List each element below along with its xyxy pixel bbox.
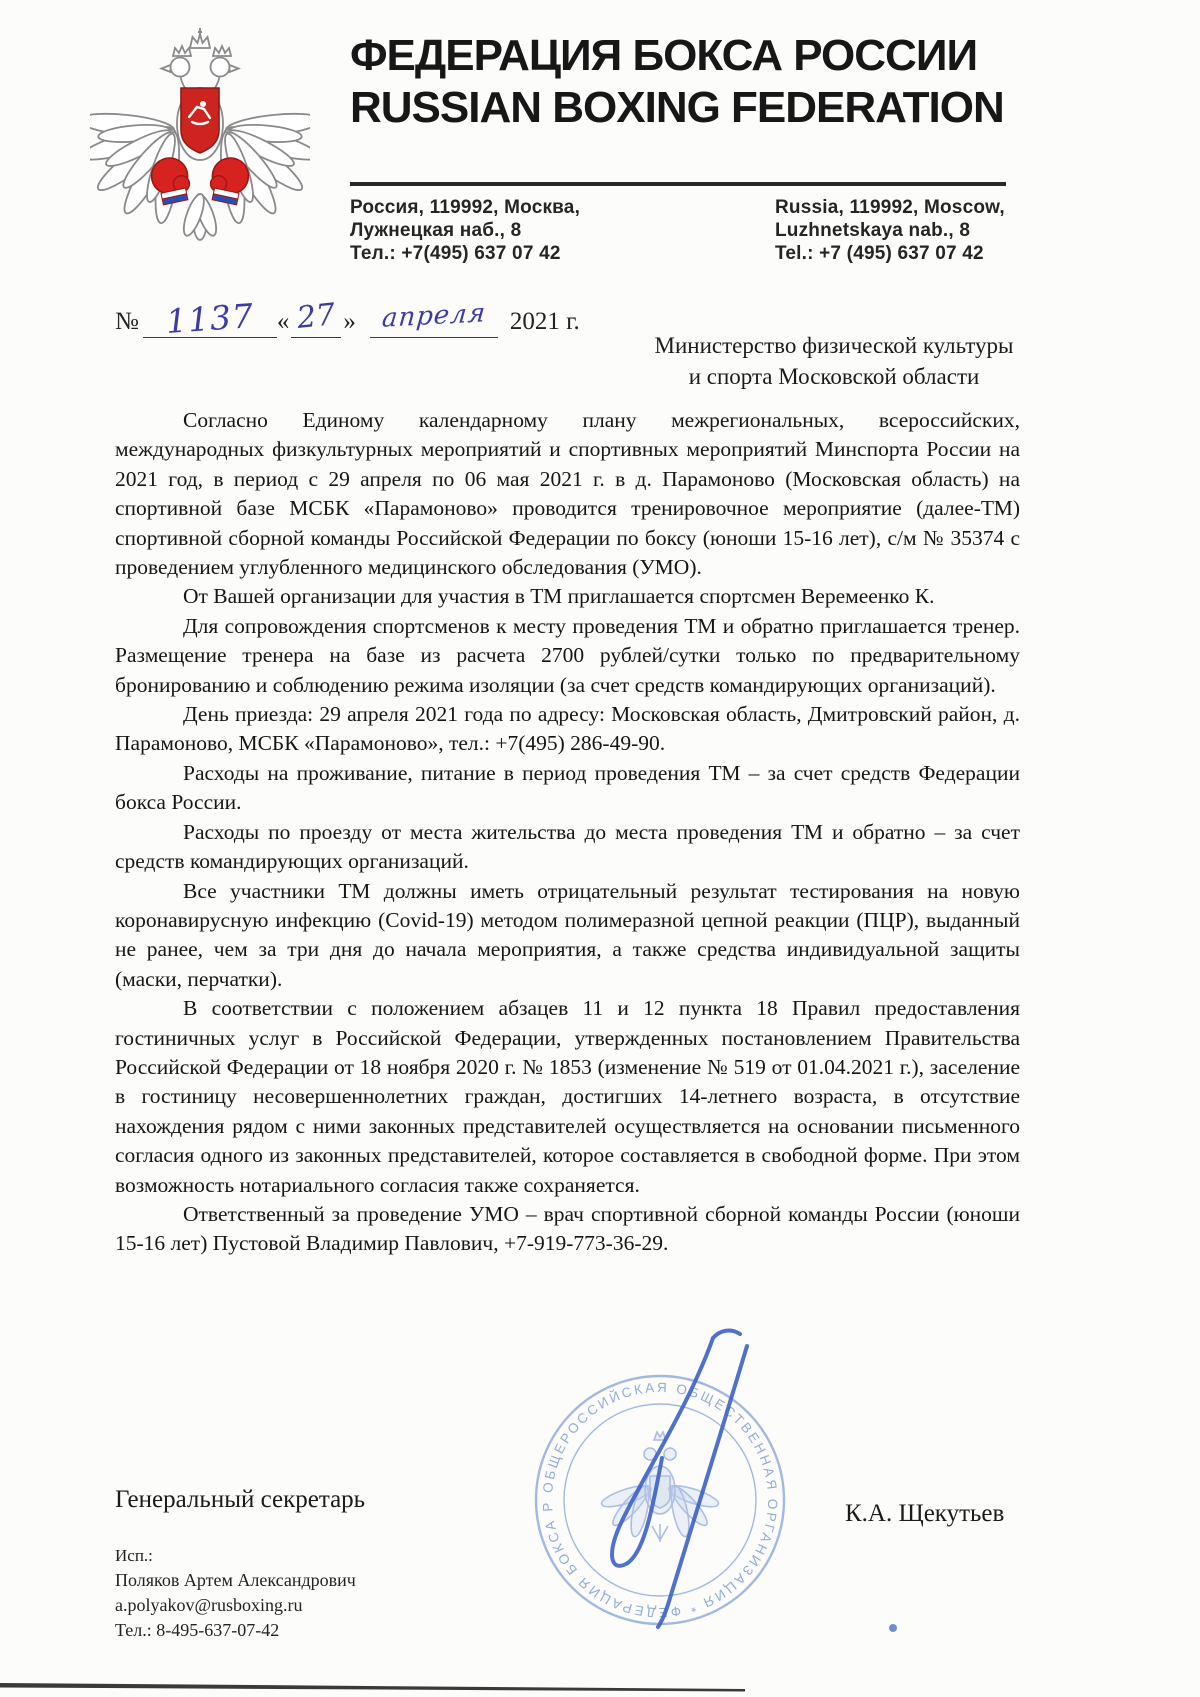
address-en: Russia, 119992, Moscow, Luzhnetskaya nab… <box>775 196 1105 265</box>
federation-round-stamp: ОБЩЕРОССИЙСКАЯ ОБЩЕСТВЕННАЯ ОРГАНИЗАЦИЯ … <box>528 1368 792 1632</box>
federation-title-ru: ФЕДЕРАЦИЯ БОКСА РОССИИ <box>350 30 1010 82</box>
body-paragraph: День приезда: 29 апреля 2021 года по адр… <box>115 700 1020 759</box>
body-paragraph: От Вашей организации для участия в ТМ пр… <box>115 582 1020 611</box>
day-quote-open: « <box>277 308 290 338</box>
body-paragraph: Для сопровождения спортсменов к месту пр… <box>115 612 1020 700</box>
address-en-line: Russia, 119992, Moscow, <box>775 196 1105 219</box>
federation-title-en: RUSSIAN BOXING FEDERATION <box>350 82 1010 134</box>
letterhead-rule <box>350 182 1006 186</box>
executor-phone: Тел.: 8-495-637-07-42 <box>115 1618 356 1643</box>
executor-block: Исп.: Поляков Артем Александрович a.poly… <box>115 1543 356 1643</box>
body-paragraph: Все участники ТМ должны иметь отрицатель… <box>115 877 1020 995</box>
body-paragraph: Согласно Единому календарному плану межр… <box>115 406 1020 582</box>
day-quote-close: » <box>343 308 356 338</box>
scan-artifact-line <box>0 1680 760 1694</box>
address-ru-line: Лужнецкая наб., 8 <box>350 219 680 242</box>
handwritten-day: 27 <box>296 297 338 336</box>
stamp-eagle-icon <box>599 1432 720 1542</box>
letterhead: ФЕДЕРАЦИЯ БОКСА РОССИИ RUSSIAN BOXING FE… <box>350 30 1010 134</box>
recipient-line-2: и спорта Московской области <box>638 361 1030 392</box>
federation-coat-of-arms-emblem <box>90 20 310 250</box>
reference-line: № 1137 « 27 » апреля 2021 г. <box>115 288 580 338</box>
letter-body: Согласно Единому календарному плану межр… <box>115 406 1020 1259</box>
signer-name: К.А. Щекутьев <box>845 1500 1004 1528</box>
handwritten-month: апреля <box>381 298 488 334</box>
day-blank: 27 <box>291 297 341 338</box>
year-text: 2021 г. <box>510 308 580 338</box>
recipient-line-1: Министерство физической культуры <box>638 330 1030 361</box>
number-blank: 1137 <box>143 297 277 338</box>
executor-name: Поляков Артем Александрович <box>115 1568 356 1593</box>
ink-dot <box>889 1624 897 1632</box>
address-en-line: Luzhnetskaya nab., 8 <box>775 219 1105 242</box>
executor-email: a.polyakov@rusboxing.ru <box>115 1593 356 1618</box>
handwritten-number: 1137 <box>165 296 255 341</box>
address-ru-line: Тел.: +7(495) 637 07 42 <box>350 242 680 265</box>
recipient-block: Министерство физической культуры и спорт… <box>638 330 1030 392</box>
body-paragraph: В соответствии с положением абзацев 11 и… <box>115 994 1020 1200</box>
executor-label: Исп.: <box>115 1543 356 1568</box>
address-en-line: Tel.: +7 (495) 637 07 42 <box>775 242 1105 265</box>
address-ru: Россия, 119992, Москва, Лужнецкая наб., … <box>350 196 680 265</box>
address-ru-line: Россия, 119992, Москва, <box>350 196 680 219</box>
month-blank: апреля <box>370 297 498 338</box>
body-paragraph: Ответственный за проведение УМО – врач с… <box>115 1200 1020 1259</box>
scanned-letter-page: ФЕДЕРАЦИЯ БОКСА РОССИИ RUSSIAN BOXING FE… <box>0 0 1200 1697</box>
signer-role: Генеральный секретарь <box>115 1486 365 1514</box>
number-sign: № <box>115 308 139 338</box>
body-paragraph: Расходы по проезду от места жительства д… <box>115 818 1020 877</box>
body-paragraph: Расходы на проживание, питание в период … <box>115 759 1020 818</box>
